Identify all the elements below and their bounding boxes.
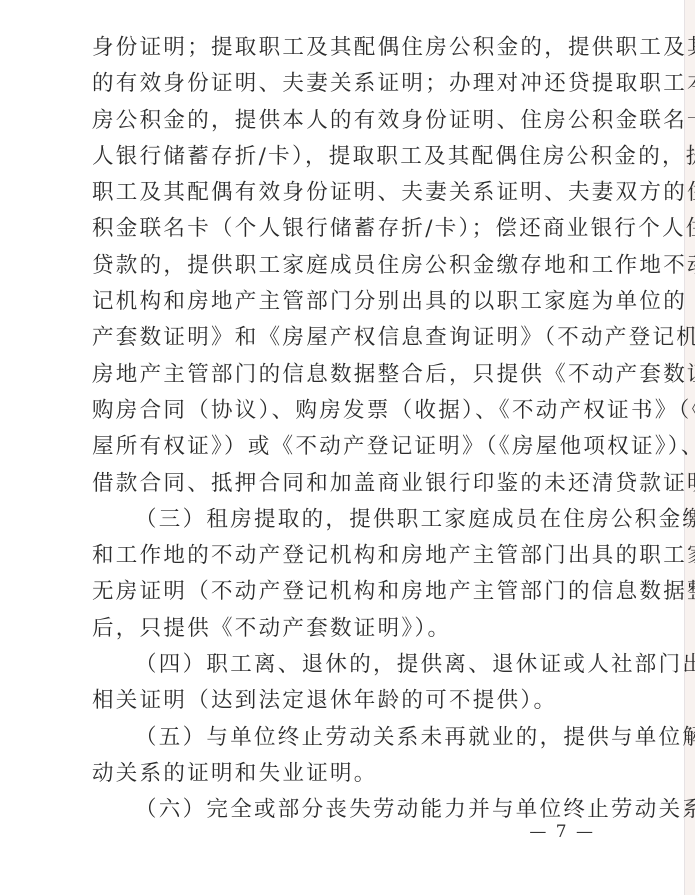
paragraph-4-heading-line: （四）职工离、退休的，提供离、退休证或人社部门出具的 — [92, 647, 652, 683]
text-line: 房公积金的，提供本人的有效身份证明、住房公积金联名卡（个 — [92, 103, 652, 139]
text-line: 屋所有权证》）或《不动产登记证明》（《房屋他项权证》）、 — [92, 429, 652, 465]
text-line: 购房合同（协议）、购房发票（收据）、《不动产权证书》（《房 — [92, 393, 652, 429]
paragraph-3-heading-line: （三）租房提取的，提供职工家庭成员在住房公积金缴存地 — [92, 502, 652, 538]
text-line: 职工及其配偶有效身份证明、夫妻关系证明、夫妻双方的住房公 — [92, 175, 652, 211]
document-page: 身份证明；提取职工及其配偶住房公积金的，提供职工及其配偶 的有效身份证明、夫妻关… — [0, 0, 685, 895]
text-line: 房地产主管部门的信息数据整合后，只提供《不动产套数证明》）、 — [92, 357, 652, 393]
text-line: 的有效身份证明、夫妻关系证明；办理对冲还贷提取职工本人住 — [92, 66, 652, 102]
text-line: 记机构和房地产主管部门分别出具的以职工家庭为单位的《不动 — [92, 284, 652, 320]
text-line: 动关系的证明和失业证明。 — [92, 756, 652, 792]
text-line: 和工作地的不动产登记机构和房地产主管部门出具的职工家庭 — [92, 538, 652, 574]
text-line: 无房证明（不动产登记机构和房地产主管部门的信息数据整合 — [92, 574, 652, 610]
paragraph-5-heading-line: （五）与单位终止劳动关系未再就业的，提供与单位解除劳 — [92, 720, 652, 756]
text-line: 积金联名卡（个人银行储蓄存折/卡）；偿还商业银行个人住房 — [92, 211, 652, 247]
text-line: 借款合同、抵押合同和加盖商业银行印鉴的未还清贷款证明。 — [92, 466, 652, 502]
page-number: — 7 — — [520, 822, 595, 842]
text-line: 产套数证明》和《房屋产权信息查询证明》（不动产登记机构和 — [92, 320, 652, 356]
text-line: 人银行储蓄存折/卡），提取职工及其配偶住房公积金的，提供 — [92, 139, 652, 175]
text-line: 身份证明；提取职工及其配偶住房公积金的，提供职工及其配偶 — [92, 30, 652, 66]
document-body: 身份证明；提取职工及其配偶住房公积金的，提供职工及其配偶 的有效身份证明、夫妻关… — [92, 30, 652, 829]
text-line: 相关证明（达到法定退休年龄的可不提供）。 — [92, 683, 652, 719]
text-line: 后，只提供《不动产套数证明》）。 — [92, 611, 652, 647]
text-line: 贷款的，提供职工家庭成员住房公积金缴存地和工作地不动产登 — [92, 248, 652, 284]
